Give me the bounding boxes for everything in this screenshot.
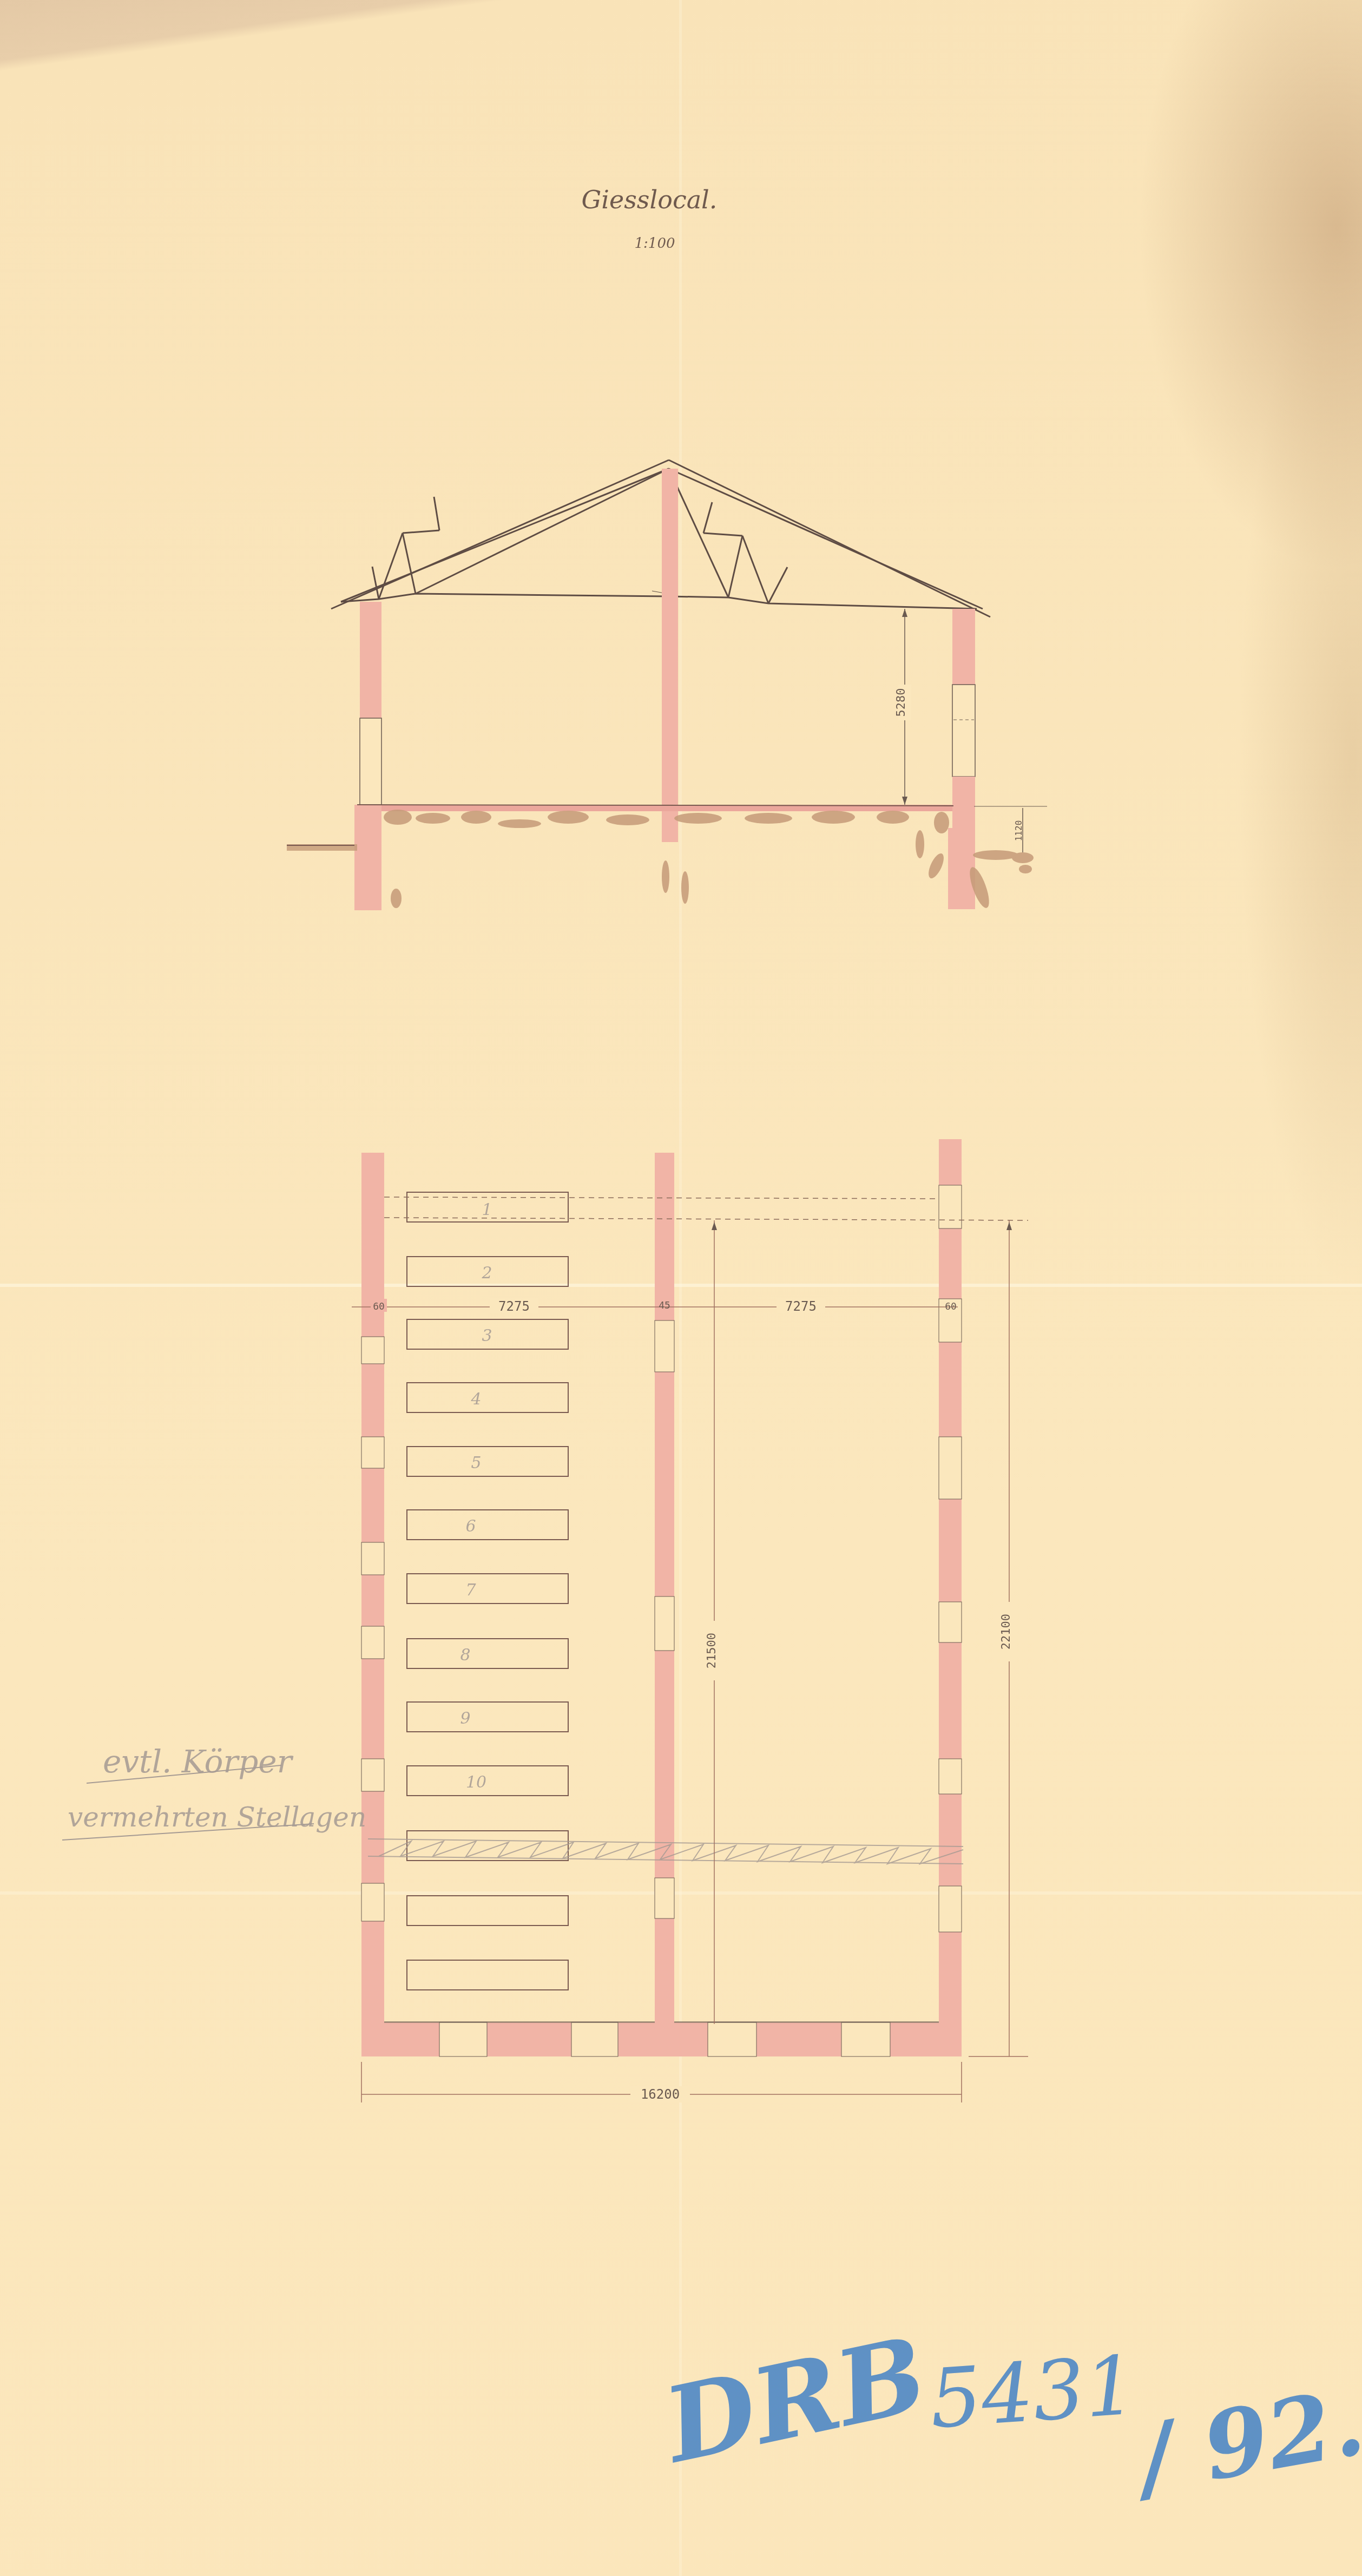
pencil-note-line2: vermehrten Stellagen [68,1802,366,1833]
dim-right-bay: 7275 [785,1299,817,1314]
cross-section: 5280 1120 [287,460,1047,910]
bench: 1 [407,1192,568,1222]
archive-mark: DRB 5431 / 92. [653,2314,1362,2515]
plan-bottom-wall [361,2021,962,2056]
svg-text:3: 3 [482,1326,492,1345]
svg-text:4: 4 [470,1390,481,1409]
dim-inner-length: 21500 [705,1633,719,1668]
bench [407,1960,568,1990]
dim-left-bay: 7275 [498,1299,530,1314]
bench [407,1896,568,1926]
title-block: Giesslocal. 1:100 [582,185,718,252]
dim-right-wall: 60 [945,1301,957,1312]
bench: 5 [407,1447,568,1476]
plinth-height-dimension: 1120 [1014,820,1024,842]
plan-left-wall [361,1153,384,2056]
svg-text:10: 10 [466,1773,486,1792]
plan-dimensions [352,1220,1028,2102]
bench: 2 [407,1257,568,1286]
dim-left-wall: 60 [373,1301,385,1312]
drawing-title: Giesslocal. [582,185,718,214]
archive-mark-prefix: DRB [653,2314,936,2487]
dim-overall-length: 22100 [999,1614,1013,1650]
bench: 3 [407,1319,568,1349]
plan-middle-wall [655,1153,674,2056]
section-floor [287,805,1034,910]
svg-text:8: 8 [460,1646,470,1665]
svg-text:6: 6 [465,1517,476,1536]
section-walls [354,469,975,910]
section-height-dimension: 5280 [894,688,908,717]
svg-text:9: 9 [460,1709,470,1728]
floor-plan: 1 2 3 4 5 6 7 8 9 10 [352,1139,1028,2102]
drawing-scale: 1:100 [635,235,675,252]
dashed-rail-lines [384,1197,1028,1220]
archive-number: 5431 [927,2338,1140,2447]
bench: 9 [407,1702,568,1732]
svg-text:2: 2 [481,1264,492,1283]
roof-truss [331,460,990,617]
dim-overall-width: 16200 [641,2087,680,2102]
archive-suffix: / 92. [1123,2368,1362,2515]
bench: 6 [407,1510,568,1540]
plan-right-wall [939,1139,962,2056]
bench-list: 1 2 3 4 5 6 7 8 9 10 [407,1192,568,1990]
bench: 4 [407,1383,568,1412]
plan-dimension-arrows [712,1222,1012,1230]
svg-text:7: 7 [465,1581,476,1600]
drawing-canvas: Giesslocal. 1:100 [0,0,1362,2576]
bench: 7 [407,1574,568,1604]
pencil-note-line1: evtl. Körper [103,1743,294,1780]
plan-dimension-labels: 60 7275 45 7275 60 21500 22100 16200 [371,1298,1017,2102]
bench: 8 [407,1639,568,1668]
pencil-annotation: evtl. Körper vermehrten Stellagen [62,1743,366,1840]
svg-text:5: 5 [471,1454,481,1473]
svg-text:1: 1 [482,1200,492,1219]
dim-middle-wall: 45 [659,1300,670,1311]
bench: 10 [407,1766,568,1796]
